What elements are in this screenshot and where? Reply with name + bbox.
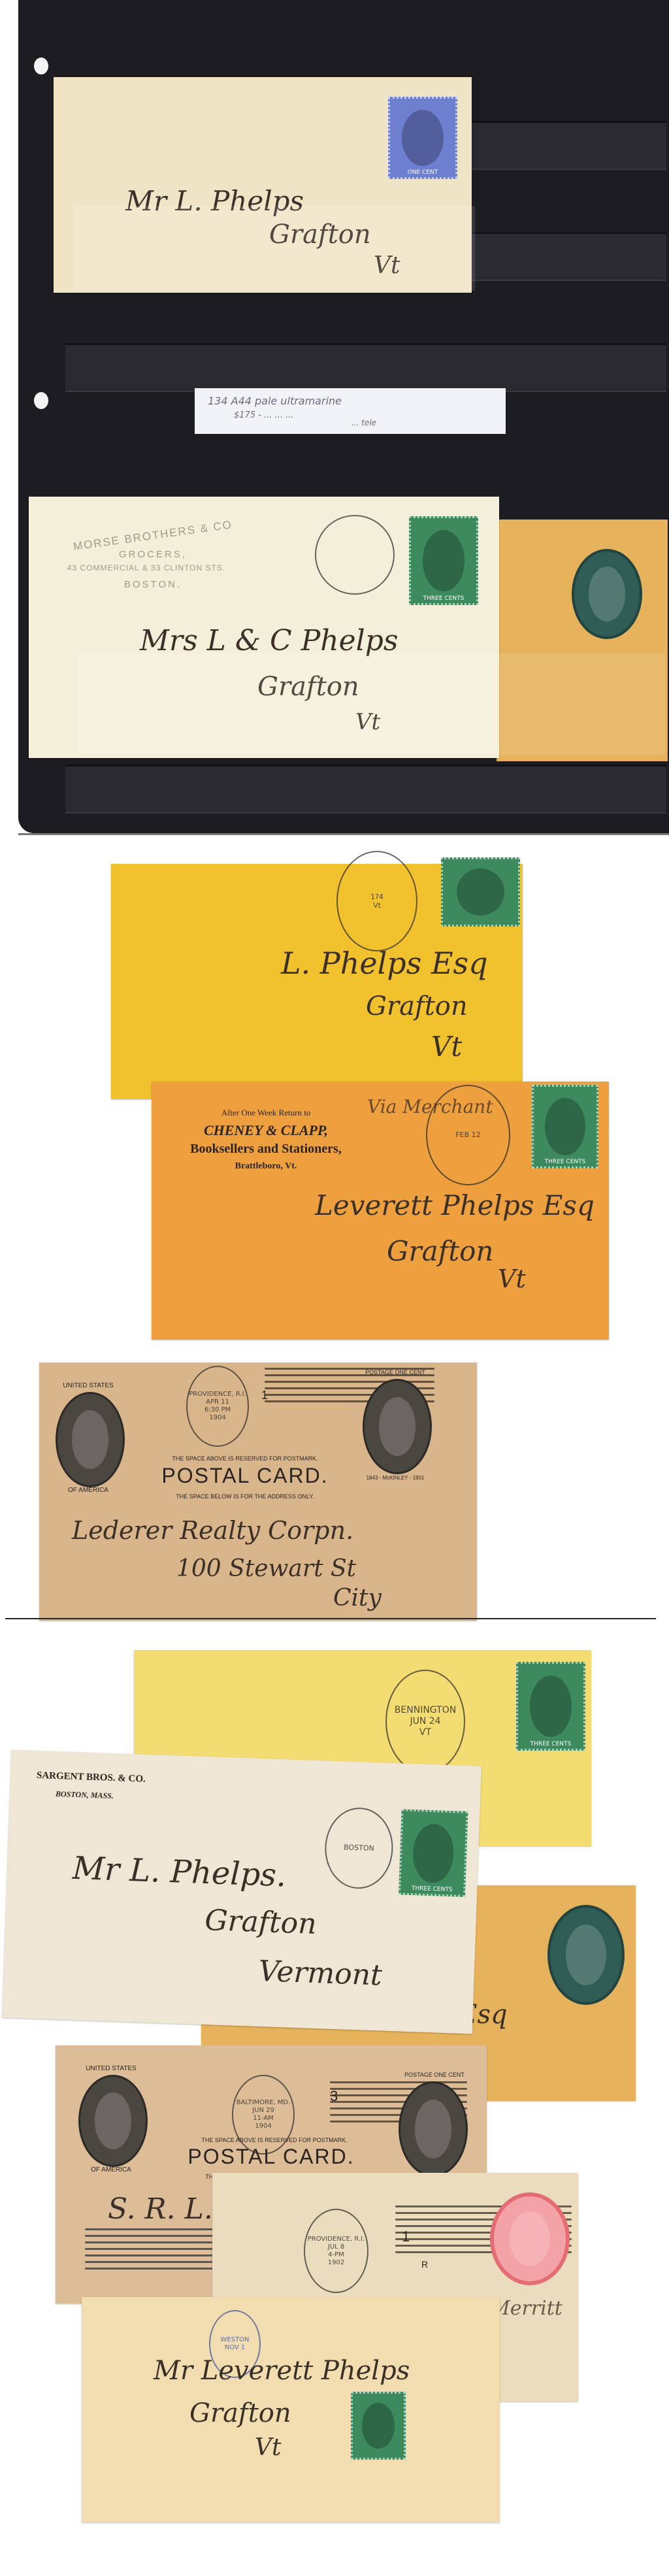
addressee-town: Grafton <box>366 991 468 1021</box>
addressee-state: Vt <box>431 1031 462 1063</box>
corner-card-line2: BOSTON, MASS. <box>56 1789 186 1804</box>
address-note: THE SPACE BELOW IS FOR THE ADDRESS ONLY. <box>157 1493 333 1500</box>
portrait-icon <box>402 110 444 166</box>
addressee-town: Grafton <box>387 1235 493 1267</box>
album-label: 134 A44 pale ultramarine $175 - ... ... … <box>195 388 506 434</box>
stamp-1c-blue: ONE CENT <box>388 97 457 179</box>
postmark-circle: BENNINGTON JUN 24 VT <box>385 1670 465 1774</box>
addressee-name: Mrs L & C Phelps <box>140 624 398 657</box>
mckinley-indicia-icon <box>363 1379 432 1474</box>
stamp-3c-green <box>441 857 520 927</box>
portrait-icon <box>545 1098 585 1155</box>
addressee-state: Vt <box>498 1264 526 1293</box>
postmark-circle: PROVIDENCE, R.I. JUL 8 4-PM 1902 <box>304 2209 368 2293</box>
page-divider <box>18 833 669 835</box>
binder-hole <box>34 392 48 409</box>
addressee-city: City <box>333 1585 382 1611</box>
stamp-3c-green: THREE CENTS <box>516 1662 585 1751</box>
cover-7: SARGENT BROS. & CO. BOSTON, MASS. BOSTON… <box>2 1750 481 2034</box>
stamp-3c-green: THREE CENTS <box>409 516 478 605</box>
addressee-state: Vt <box>255 2434 281 2461</box>
portrait-icon <box>457 868 505 916</box>
postal-card-title: POSTAL CARD. <box>167 2145 376 2169</box>
indicia-1c-green <box>572 549 642 639</box>
addressee-name: L. Phelps Esq <box>281 946 488 981</box>
sleeve-overlay <box>77 653 665 755</box>
stamp-3c-green: THREE CENTS <box>399 1809 468 1896</box>
addressee-state: Vermont <box>258 1955 383 1992</box>
stamp-3c-green <box>351 2392 406 2460</box>
firm-city: Brattleboro, Vt. <box>191 1161 341 1172</box>
postmark-circle: FEB 12 <box>426 1085 510 1185</box>
portrait-icon <box>362 2403 395 2449</box>
addressee-name: Mr Leverett Phelps <box>154 2356 410 2386</box>
eagle-indicia-icon <box>56 1392 125 1487</box>
cover-5: After One Week Return to CHENEY & CLAPP,… <box>152 1082 609 1340</box>
mckinley-indicia-icon <box>399 2081 468 2177</box>
addressee-fragment: S. R. L. <box>108 2192 213 2226</box>
portrait-icon <box>423 530 465 591</box>
addressee-name: Lederer Realty Corpn. <box>72 1516 353 1545</box>
cover-10: WESTON NOV 1 Mr Leverett Phelps Grafton … <box>82 2297 500 2522</box>
sleeve-overlay <box>73 206 475 291</box>
portrait-icon <box>589 567 625 621</box>
postmark-circle <box>315 515 395 595</box>
return-notice: After One Week Return to <box>191 1108 341 1118</box>
reserved-note: THE SPACE ABOVE IS RESERVED FOR POSTMARK… <box>157 1455 333 1462</box>
postal-card-1: UNITED STATES OF AMERICA PROVIDENCE, R.I… <box>39 1362 477 1621</box>
addressee-name: Leverett Phelps Esq <box>315 1189 595 1221</box>
address-fragment: Merritt <box>490 2297 563 2320</box>
postmark-circle: 1?4 Vt <box>336 851 417 951</box>
addressee-name: Mr L. Phelps. <box>72 1850 287 1894</box>
album-strip <box>65 343 666 392</box>
page-divider <box>5 1618 656 1619</box>
corner-card-line2: GROCERS, <box>55 549 251 560</box>
addressee-street: 100 Stewart St <box>176 1555 356 1582</box>
wavy-cancel <box>85 2228 229 2274</box>
portrait-icon <box>412 1823 455 1883</box>
corner-card-line1: SARGENT BROS. & CO. <box>37 1770 187 1787</box>
cover-4: 1?4 Vt L. Phelps Esq Grafton Vt <box>111 864 523 1099</box>
postmark-circle: BOSTON <box>323 1806 394 1890</box>
postal-card-title: POSTAL CARD. <box>144 1464 346 1488</box>
firm-trade: Booksellers and Stationers, <box>158 1142 374 1157</box>
addressee-town: Grafton <box>204 1904 318 1941</box>
binder-hole <box>34 58 48 74</box>
indicia-1c-green <box>547 1905 625 2005</box>
reserved-note: THE SPACE ABOVE IS RESERVED FOR POSTMARK… <box>186 2137 363 2143</box>
firm-name: CHENEY & CLAPP, <box>171 1122 361 1139</box>
portrait-icon <box>510 2211 550 2266</box>
portrait-icon <box>530 1676 572 1737</box>
stamp-3c-green: THREE CENTS <box>532 1085 598 1168</box>
portrait-icon <box>566 1924 606 1985</box>
album-strip <box>65 765 666 814</box>
corner-card-line4: BOSTON. <box>55 579 251 590</box>
indicia-2c-red <box>490 2192 570 2285</box>
addressee-town: Grafton <box>189 2398 291 2428</box>
eagle-indicia-icon <box>78 2075 148 2167</box>
corner-card-line3: 43 COMMERCIAL & 33 CLINTON STS. <box>29 563 264 572</box>
postmark-circle: PROVIDENCE, R.I. APR 11 6:30 PM 1904 <box>186 1366 249 1447</box>
